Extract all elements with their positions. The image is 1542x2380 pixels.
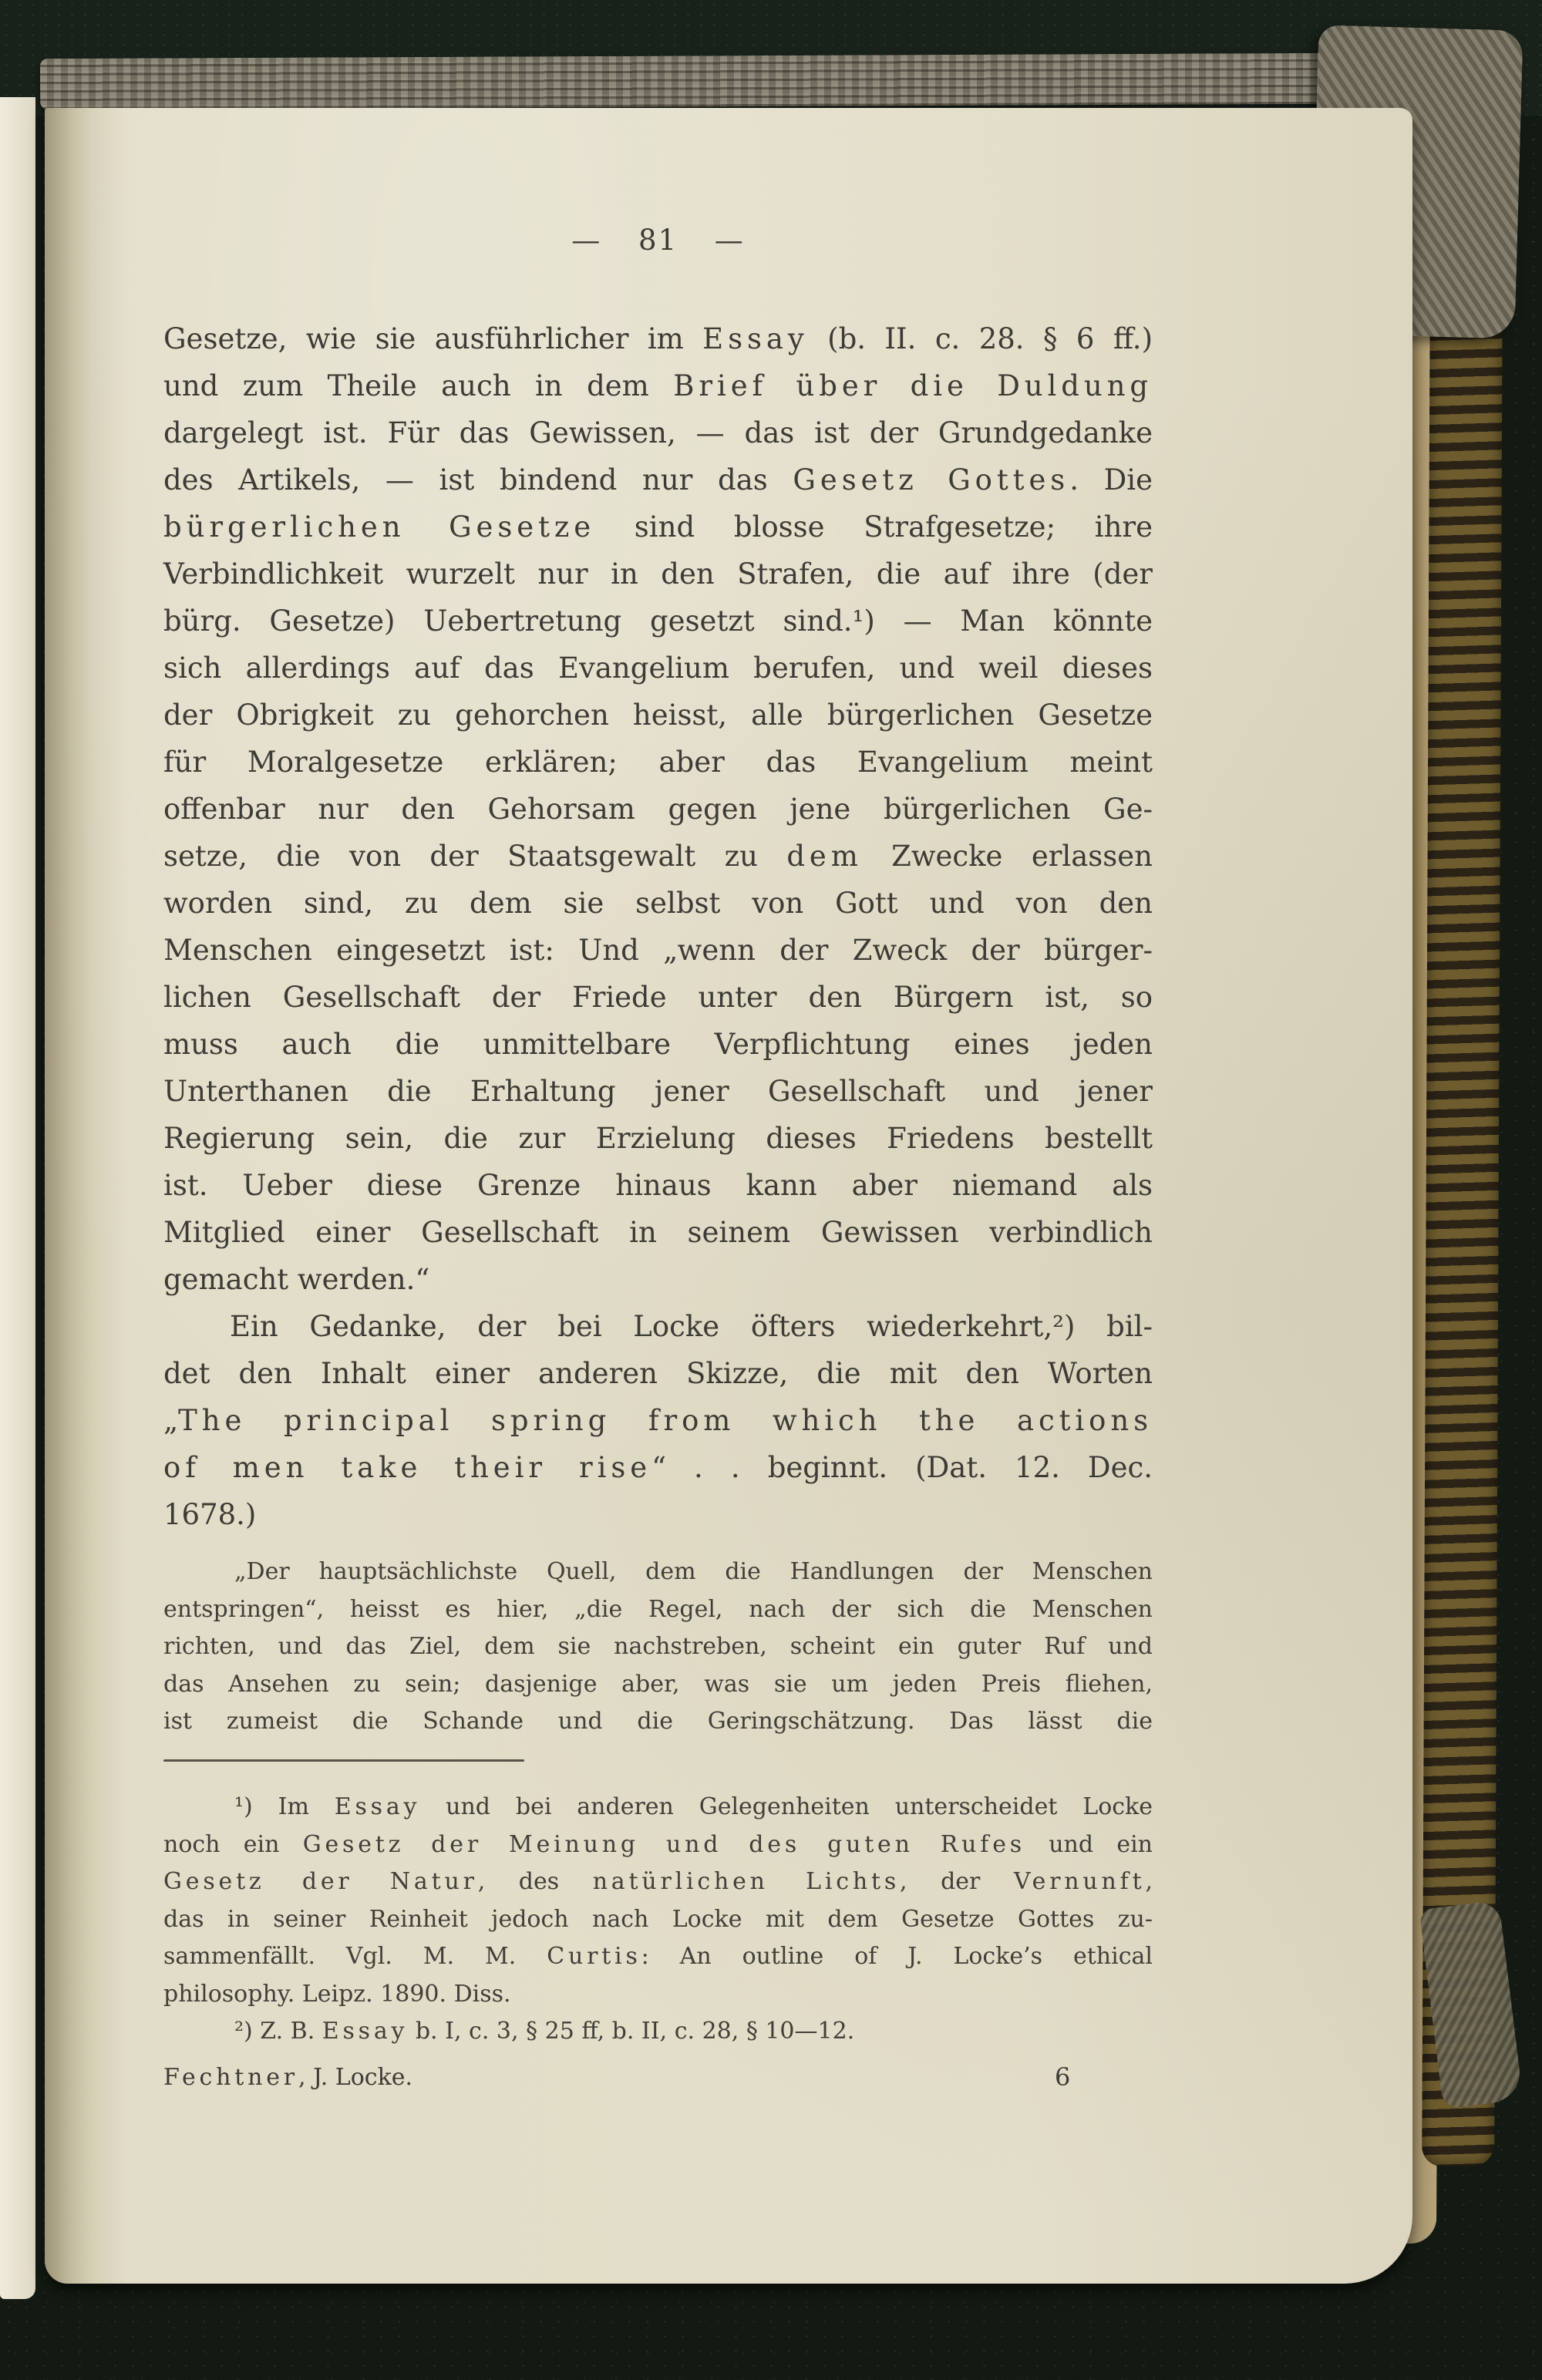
letterspaced-text: natürlichen Lichts xyxy=(593,1868,900,1895)
letterspaced-text: bürgerlichen Gesetze xyxy=(163,510,595,544)
text-line: des Artikels, — ist bindend nur das Gese… xyxy=(163,456,1153,503)
text-line: und zum Theile auch in dem Brief über di… xyxy=(163,362,1153,409)
text-line: sammenfällt. Vgl. M. M. Curtis: An outli… xyxy=(163,1938,1153,1976)
text-line: gemacht werden.“ xyxy=(163,1256,1153,1303)
facing-page-edge xyxy=(0,97,35,2299)
text-line: bürg. Gesetze) Uebertretung gesetzt sind… xyxy=(163,598,1153,645)
text-line: philosophy. Leipz. 1890. Diss. xyxy=(163,1976,1153,2014)
letterspaced-text: The principal spring from which the acti… xyxy=(178,1404,1153,1437)
text-line: entspringen“, heisst es hier, „die Regel… xyxy=(163,1591,1153,1629)
text-line: Regierung sein, die zur Erzielung dieses… xyxy=(163,1115,1153,1162)
text-line: Verbindlichkeit wurzelt nur in den Straf… xyxy=(163,550,1153,598)
body-paragraph-2: Ein Gedanke, der bei Locke öfters wieder… xyxy=(163,1303,1153,1538)
text-line: 1678.) xyxy=(163,1491,1153,1538)
book-page: — 81 — Gesetze, wie sie ausführlicher im… xyxy=(45,108,1412,2284)
text-line: Menschen eingesetzt ist: Und „wenn der Z… xyxy=(163,927,1153,974)
text-line: offenbar nur den Gehorsam gegen jene bür… xyxy=(163,786,1153,833)
footnote-1: ¹) Im Essay und bei anderen Gelegenheite… xyxy=(163,1789,1153,2013)
letterspaced-text: Brief über die Duldung xyxy=(673,369,1153,402)
letterspaced-text: Gesetz Gottes xyxy=(793,463,1069,497)
text-line: das in seiner Reinheit jedoch nach Locke… xyxy=(163,1901,1153,1939)
text-line: „Der hauptsächlichste Quell, dem die Han… xyxy=(163,1554,1153,1591)
text-line: ²) Z. B. Essay b. I, c. 3, § 25 ff, b. I… xyxy=(163,2013,1153,2051)
text-line: Mitglied einer Gesellschaft in seinem Ge… xyxy=(163,1209,1153,1256)
letterspaced-text: Gesetz der Natur xyxy=(163,1868,478,1895)
scanned-book-photo: — 81 — Gesetze, wie sie ausführlicher im… xyxy=(0,0,1542,2380)
footnote-rule xyxy=(163,1759,524,1762)
text-line: richten, und das Ziel, dem sie nachstreb… xyxy=(163,1628,1153,1666)
letterspaced-text: Essay xyxy=(335,1793,421,1820)
letterspaced-text: Curtis xyxy=(547,1943,641,1970)
text-line: noch ein Gesetz der Meinung und des gute… xyxy=(163,1826,1153,1864)
letterspaced-text: Vernunft xyxy=(1014,1868,1146,1895)
text-line: Ein Gedanke, der bei Locke öfters wieder… xyxy=(163,1303,1153,1350)
headband-fabric xyxy=(40,52,1490,109)
body-paragraph-1: Gesetze, wie sie ausführlicher im Essay … xyxy=(163,315,1153,1303)
letterspaced-text: Essay xyxy=(702,322,809,355)
text-line: Gesetze, wie sie ausführlicher im Essay … xyxy=(163,315,1153,362)
signature-line: Fechtner, J. Locke. xyxy=(163,2064,1153,2087)
text-line: sich allerdings auf das Evangelium beruf… xyxy=(163,645,1153,692)
text-line: Unterthanen die Erhaltung jener Gesellsc… xyxy=(163,1068,1153,1115)
block-quote-paragraph: „Der hauptsächlichste Quell, dem die Han… xyxy=(163,1554,1153,1741)
letterspaced-text: Gesetz der Meinung und des guten Rufes xyxy=(303,1831,1025,1858)
letterspaced-text: dem xyxy=(786,840,862,873)
sheet-number: 6 xyxy=(1055,2062,1070,2092)
text-line: das Ansehen zu sein; dasjenige aber, was… xyxy=(163,1666,1153,1704)
text-line: dargelegt ist. Für das Gewissen, — das i… xyxy=(163,409,1153,456)
text-line: für Moralgesetze erklären; aber das Evan… xyxy=(163,739,1153,786)
text-line: of men take their rise“ . . beginnt. (Da… xyxy=(163,1444,1153,1491)
text-line: det den Inhalt einer anderen Skizze, die… xyxy=(163,1350,1153,1397)
text-line: muss auch die unmittelbare Verpflichtung… xyxy=(163,1021,1153,1068)
text-line: bürgerlichen Gesetze sind blosse Strafge… xyxy=(163,503,1153,550)
text-line: Fechtner, J. Locke. xyxy=(163,2064,1153,2087)
letterspaced-text: Essay xyxy=(322,2018,409,2045)
text-line: der Obrigkeit zu gehorchen heisst, alle … xyxy=(163,692,1153,739)
page-number: — 81 — xyxy=(163,224,1153,257)
text-line: ist. Ueber diese Grenze hinaus kann aber… xyxy=(163,1162,1153,1209)
binding-fore-edge-stripes xyxy=(1422,100,1503,2166)
text-line: ¹) Im Essay und bei anderen Gelegenheite… xyxy=(163,1789,1153,1826)
gutter-shadow xyxy=(45,108,137,2284)
footnote-2: ²) Z. B. Essay b. I, c. 3, § 25 ff, b. I… xyxy=(163,2013,1153,2051)
letterspaced-text: Fechtner xyxy=(163,2064,298,2091)
text-line: „The principal spring from which the act… xyxy=(163,1397,1153,1444)
text-line: lichen Gesellschaft der Friede unter den… xyxy=(163,974,1153,1021)
letterspaced-text: of men take their rise xyxy=(163,1451,651,1484)
text-line: worden sind, zu dem sie selbst von Gott … xyxy=(163,880,1153,927)
text-line: ist zumeist die Schande und die Geringsc… xyxy=(163,1703,1153,1741)
text-line: setze, die von der Staatsgewalt zu dem Z… xyxy=(163,833,1153,880)
text-line: Gesetz der Natur, des natürlichen Lichts… xyxy=(163,1863,1153,1901)
